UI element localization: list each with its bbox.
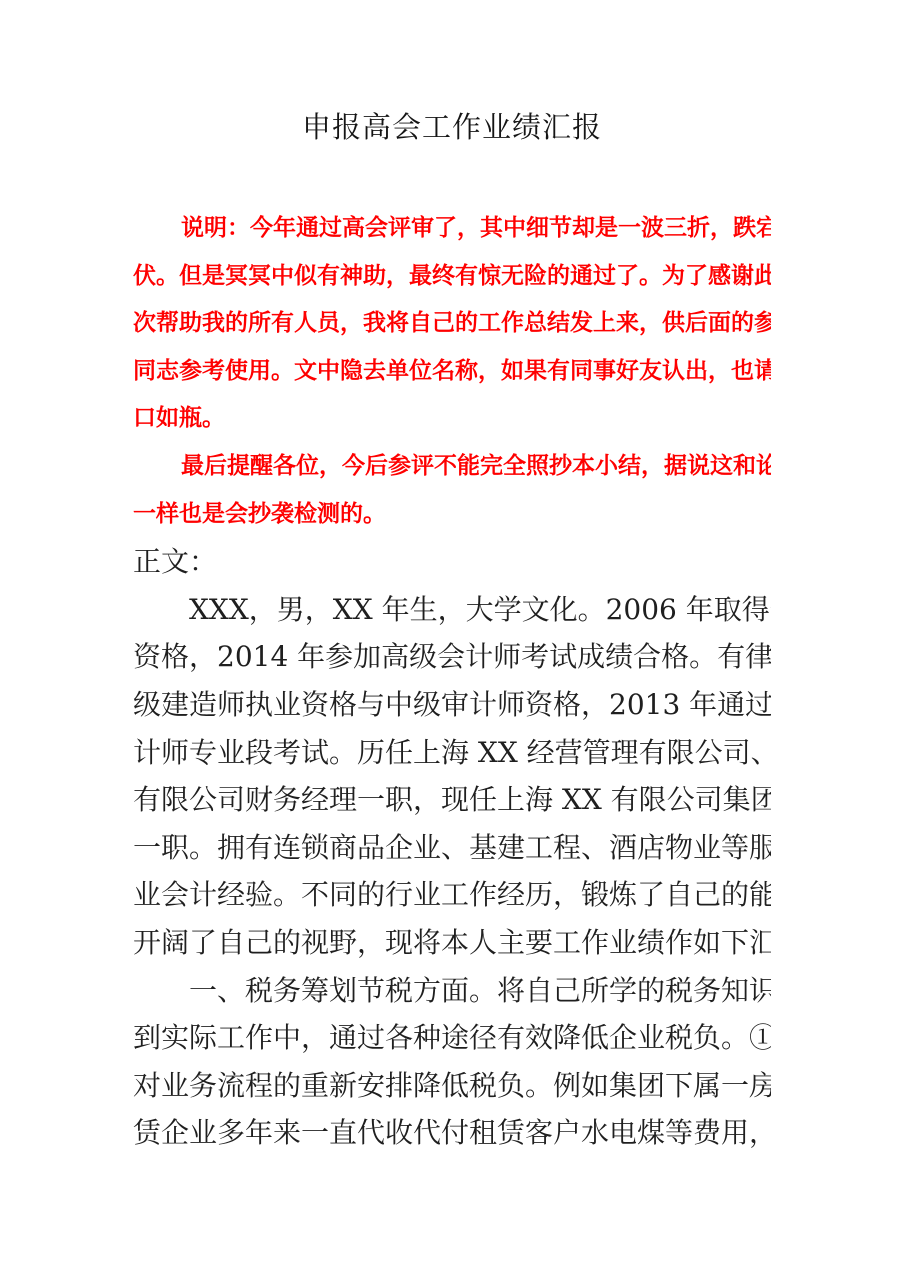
- notice-paragraph: 最后提醒各位，今后参评不能完全照抄本小结，据说这和论文一样也是会抄袭检测的。: [133, 443, 771, 538]
- body-paragraph: 正文：: [133, 538, 771, 586]
- text-line: 对业务流程的重新安排降低税负。例如集团下属一房产租: [133, 1062, 771, 1110]
- text-line: 资格，2014 年参加高级会计师考试成绩合格。有律师、一: [133, 633, 771, 681]
- text-line: 业会计经验。不同的行业工作经历，锻炼了自己的能力，: [133, 871, 771, 919]
- text-line: 一、税务筹划节税方面。将自己所学的税务知识运用: [133, 967, 771, 1015]
- text-line: 级建造师执业资格与中级审计师资格，2013 年通过注册会: [133, 681, 771, 729]
- document-title: 申报高会工作业绩汇报: [133, 106, 771, 148]
- notice-paragraph: 说明：今年通过高会评审了，其中细节却是一波三折，跌宕起伏。但是冥冥中似有神助，最…: [133, 205, 771, 443]
- text-line: 口如瓶。: [133, 395, 771, 443]
- text-line: 次帮助我的所有人员，我将自己的工作总结发上来，供后面的参评: [133, 300, 771, 348]
- text-line: 计师专业段考试。历任上海 XX 经营管理有限公司、上海 XX: [133, 729, 771, 777]
- text-line: 一职。拥有连锁商品企业、基建工程、酒店物业等服务行: [133, 824, 771, 872]
- text-line: 赁企业多年来一直代收代付租赁客户水电煤等费用，并按: [133, 1109, 771, 1157]
- text-line: 一样也是会抄袭检测的。: [133, 491, 771, 539]
- text-line: XXX，男，XX 年生，大学文化。2006 年取得会计中级: [133, 586, 771, 634]
- document-content: 申报高会工作业绩汇报 说明：今年通过高会评审了，其中细节却是一波三折，跌宕起伏。…: [133, 0, 771, 1157]
- text-line: 同志参考使用。文中隐去单位名称，如果有同事好友认出，也请守: [133, 348, 771, 396]
- text-line: 正文：: [133, 538, 771, 586]
- body-paragraph: 一、税务筹划节税方面。将自己所学的税务知识运用到实际工作中，通过各种途径有效降低…: [133, 967, 771, 1157]
- text-line: 开阔了自己的视野，现将本人主要工作业绩作如下汇报。: [133, 919, 771, 967]
- document-page: 申报高会工作业绩汇报 说明：今年通过高会评审了，其中细节却是一波三折，跌宕起伏。…: [0, 0, 905, 1280]
- text-line: 说明：今年通过高会评审了，其中细节却是一波三折，跌宕起: [133, 205, 771, 253]
- document-body: 说明：今年通过高会评审了，其中细节却是一波三折，跌宕起伏。但是冥冥中似有神助，最…: [133, 205, 771, 1157]
- text-line: 到实际工作中，通过各种途径有效降低企业税负。①通过: [133, 1014, 771, 1062]
- text-line: 伏。但是冥冥中似有神助，最终有惊无险的通过了。为了感谢此此: [133, 253, 771, 301]
- text-line: 最后提醒各位，今后参评不能完全照抄本小结，据说这和论文: [133, 443, 771, 491]
- text-line: 有限公司财务经理一职，现任上海 XX 有限公司集团总部 XX: [133, 776, 771, 824]
- body-paragraph: XXX，男，XX 年生，大学文化。2006 年取得会计中级资格，2014 年参加…: [133, 586, 771, 967]
